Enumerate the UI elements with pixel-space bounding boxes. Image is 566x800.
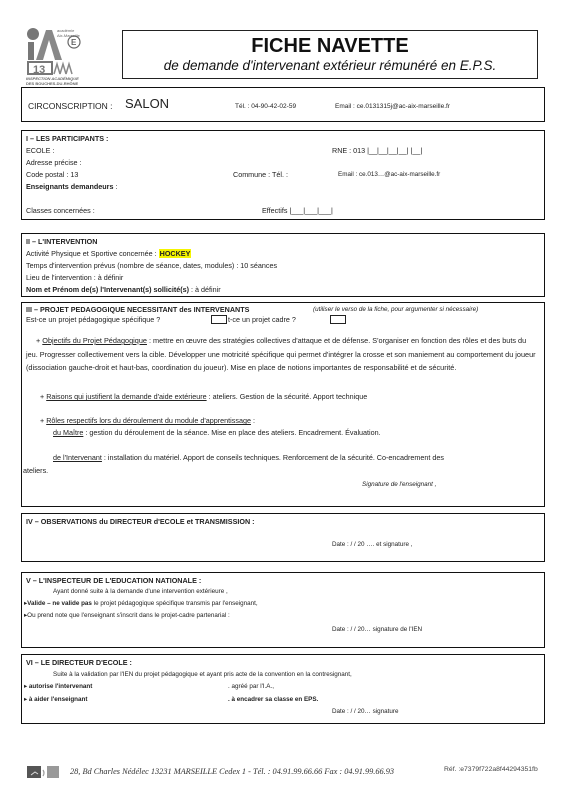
- aider-line[interactable]: ▸ à aider l'enseignant: [24, 696, 87, 703]
- arrow-bullet-icon: ▸: [24, 696, 27, 703]
- lieu-field: Lieu de l'intervention : à définir: [26, 273, 123, 282]
- adresse-field[interactable]: Adresse précise :: [26, 158, 82, 167]
- projet-note: (utiliser le verso de la fiche, pour arg…: [313, 306, 478, 313]
- autorise-line[interactable]: ▸ autorise l'intervenant: [24, 683, 92, 690]
- intervenant-label: de l'Intervenant: [53, 453, 102, 462]
- ecole-field[interactable]: ECOLE :: [26, 146, 54, 155]
- roles-label: Rôles respectifs lors du déroulement du …: [46, 416, 251, 425]
- aps-value: HOCKEY: [159, 249, 192, 258]
- aider-label: à aider l'enseignant: [29, 696, 88, 703]
- circonscription-email: Email : ce.0131315j@ac-aix-marseille.fr: [335, 103, 450, 110]
- section-heading: III – PROJET PEDAGOGIQUE NECESSITANT des…: [26, 305, 249, 314]
- maitre-label: du Maître: [53, 428, 83, 437]
- temps-field: Temps d'intervention prévus (nombre de s…: [26, 261, 277, 270]
- raisons-text: : ateliers. Gestion de la sécurité. Appo…: [207, 392, 368, 401]
- observations-date: Date : / / 20 …. et signature ,: [332, 541, 413, 548]
- raisons-label: Raisons qui justifient la demande d'aide…: [46, 392, 206, 401]
- section-participants: I – LES PARTICIPANTS : ECOLE : RNE : 013…: [21, 130, 545, 220]
- intervenant-cont: ateliers.: [23, 466, 48, 475]
- prend-note-line[interactable]: ▸Ou prend note que l'enseignant s'inscri…: [24, 612, 230, 619]
- valide-label: Valide – ne valide pas: [27, 600, 92, 607]
- section-heading: VI – LE DIRECTEUR D'ECOLE :: [26, 658, 132, 667]
- svg-text:DES BOUCHES-DU-RHÔNE: DES BOUCHES-DU-RHÔNE: [26, 81, 79, 86]
- svg-text:E: E: [71, 38, 77, 47]
- bullet: +: [40, 392, 44, 401]
- bullet: +: [40, 416, 44, 425]
- page-subtitle: de demande d'intervenant extérieur rémun…: [123, 58, 537, 73]
- section-heading: II – L'INTERVENTION: [26, 237, 97, 246]
- effectifs-field[interactable]: Effectifs |___|___|___|: [262, 206, 333, 215]
- raisons-line: + Raisons qui justifient la demande d'ai…: [40, 392, 367, 401]
- objectifs-label: Objectifs du Projet Pédagogique: [42, 336, 147, 345]
- maitre-line: du Maître : gestion du déroulement de la…: [53, 428, 381, 437]
- section-heading: V – L'INSPECTEUR DE L'EDUCATION NATIONAL…: [26, 576, 201, 585]
- section-intervention: II – L'INTERVENTION Activité Physique et…: [21, 233, 545, 297]
- encadrer-text: . à encadrer sa classe en EPS.: [228, 696, 318, 703]
- intervenant-line: de l'Intervenant : installation du matér…: [53, 453, 444, 462]
- bullet: +: [36, 336, 40, 345]
- commune-field[interactable]: Commune : Tél. :: [233, 170, 288, 179]
- enseignants-field[interactable]: Enseignants demandeurs :: [26, 182, 117, 191]
- intervenant-name-value: : à définir: [189, 285, 221, 294]
- objectifs-paragraph: + Objectifs du Projet Pédagogique : mett…: [26, 334, 538, 375]
- circonscription-value: SALON: [125, 96, 169, 111]
- directeur-date: Date : / / 20… signature: [332, 708, 399, 715]
- ministry-logo-icon: [27, 766, 61, 778]
- classes-field[interactable]: Classes concernées :: [26, 206, 95, 215]
- section-observations: IV – OBSERVATIONS du DIRECTEUR d'ECOLE e…: [21, 513, 545, 562]
- enseignants-label: Enseignants demandeurs: [26, 182, 113, 191]
- maitre-text: : gestion du déroulement de la séance. M…: [83, 428, 380, 437]
- agree-text: . agréé par l'I.A.,: [228, 683, 274, 690]
- intervenant-name-label: Nom et Prénom de(s) l'Intervenant(s) sol…: [26, 285, 189, 294]
- code-postal-field[interactable]: Code postal : 13: [26, 170, 78, 179]
- circonscription-tel: Tél. : 04-90-42-02-59: [235, 103, 296, 110]
- roles-line: + Rôles respectifs lors du déroulement d…: [40, 416, 255, 425]
- q-specifique-label: Est-ce un projet pédagogique spécifique …: [26, 315, 160, 324]
- q-cadre-label: t-ce un projet cadre ?: [228, 315, 296, 324]
- inspecteur-intro: Ayant donné suite à la demande d'une int…: [53, 588, 228, 595]
- section-inspecteur: V – L'INSPECTEUR DE L'EDUCATION NATIONAL…: [21, 572, 545, 648]
- section-heading: I – LES PARTICIPANTS :: [26, 134, 108, 143]
- arrow-bullet-icon: ▸: [24, 683, 27, 690]
- svg-text:13: 13: [33, 64, 45, 76]
- intervenant-text: : installation du matériel. Apport de co…: [102, 453, 444, 462]
- inspecteur-date: Date : / / 20… signature de l'IEN: [332, 626, 422, 633]
- ecole-email-field[interactable]: Email : ce.013…@ac-aix-marseille.fr: [338, 171, 440, 178]
- valide-line[interactable]: ▸Valide – ne valide pas le projet pédago…: [24, 600, 258, 607]
- signature-enseignant: Signature de l'enseignant ,: [362, 481, 436, 488]
- rne-field[interactable]: RNE : 013 |__|__|__|__| |__|: [332, 146, 422, 155]
- prend-note-text: Ou prend note que l'enseignant s'inscrit…: [27, 612, 230, 619]
- footer-reference: Réf. :e7379f722a8f44294351fb: [444, 766, 538, 773]
- intervenant-name-field: Nom et Prénom de(s) l'Intervenant(s) sol…: [26, 285, 221, 294]
- aps-label: Activité Physique et Sportive concernée …: [26, 249, 159, 258]
- section-heading: IV – OBSERVATIONS du DIRECTEUR d'ECOLE e…: [26, 517, 255, 526]
- autorise-label: autorise l'intervenant: [29, 683, 92, 690]
- valide-text: le projet pédagogique spécifique transmi…: [92, 600, 258, 607]
- section-directeur: VI – LE DIRECTEUR D'ECOLE : Suite à la v…: [21, 654, 545, 724]
- cadre-checkbox[interactable]: [330, 315, 346, 324]
- roles-suffix: :: [251, 416, 255, 425]
- page-title: FICHE NAVETTE: [123, 35, 537, 58]
- specifique-checkbox[interactable]: [211, 315, 227, 324]
- footer-address: 28, Bd Charles Nédélec 13231 MARSEILLE C…: [70, 767, 394, 776]
- title-box: FICHE NAVETTE de demande d'intervenant e…: [122, 30, 538, 79]
- enseignants-suffix: :: [113, 182, 117, 191]
- circonscription-box: CIRCONSCRIPTION : SALON Tél. : 04-90-42-…: [21, 87, 545, 122]
- section-projet: III – PROJET PEDAGOGIQUE NECESSITANT des…: [21, 302, 545, 507]
- directeur-intro: Suite à la validation par l'IEN du proje…: [53, 671, 352, 678]
- aps-field: Activité Physique et Sportive concernée …: [26, 249, 191, 258]
- circonscription-label: CIRCONSCRIPTION :: [28, 101, 113, 111]
- inspection-academique-logo-icon: académie Aix-Marseille E 13 INSPECTION A…: [24, 26, 86, 86]
